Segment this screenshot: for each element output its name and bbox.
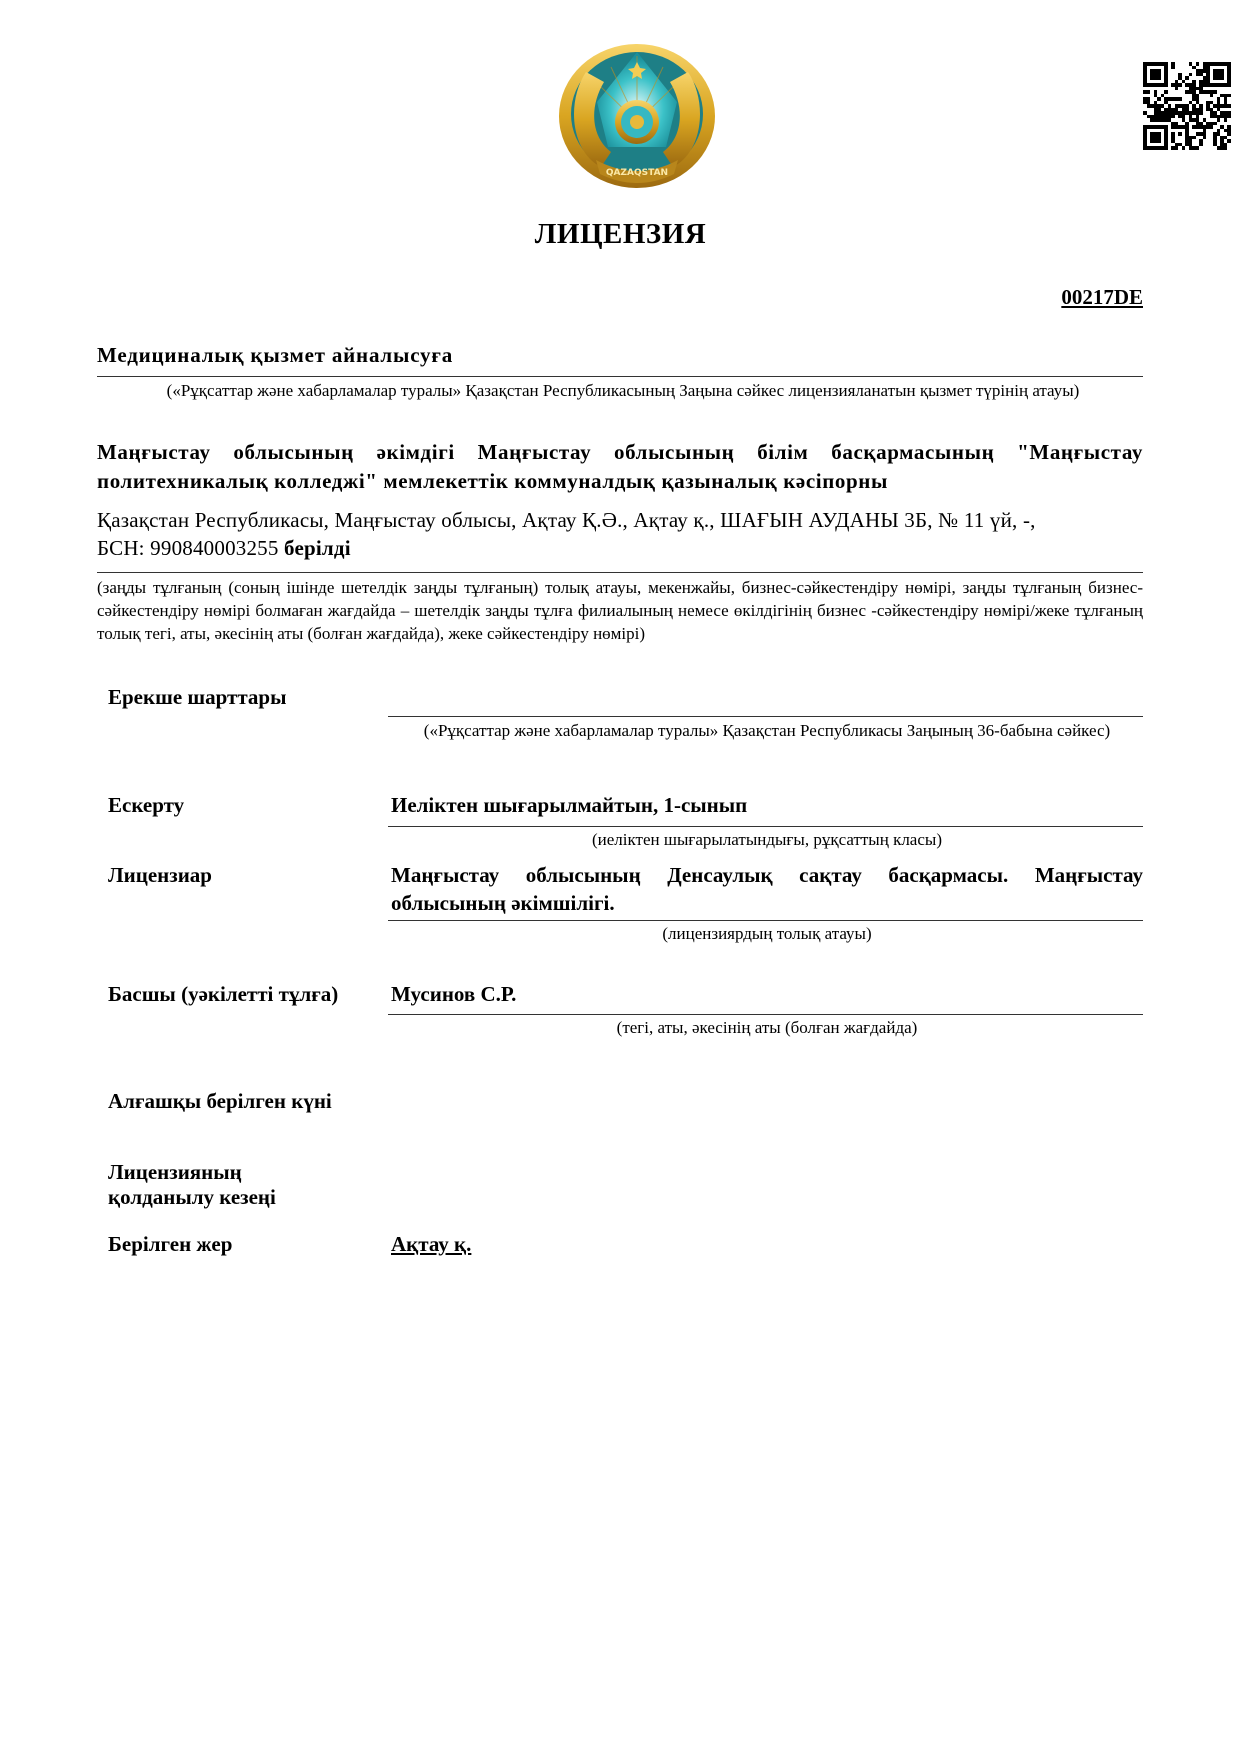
- state-emblem: QAZAQSTAN: [556, 42, 718, 190]
- licensor-value: Маңғыстау облысының Денсаулық сақтау бас…: [391, 861, 1143, 917]
- divider: [388, 826, 1143, 827]
- divider: [97, 572, 1143, 573]
- document-title: ЛИЦЕНЗИЯ: [0, 218, 1241, 251]
- licensee-name: Маңғыстау облысының әкімдігі Маңғыстау о…: [97, 438, 1143, 496]
- kazakhstan-state-emblem-icon: QAZAQSTAN: [556, 42, 718, 190]
- divider: [97, 376, 1143, 377]
- head-value: Мусинов С.Р.: [391, 980, 1143, 1008]
- special-conditions-label: Ерекше шарттары: [108, 685, 287, 710]
- special-conditions-caption: («Рұқсаттар және хабарламалар туралы» Қа…: [391, 720, 1143, 742]
- validity-label-line1: Лицензияның: [108, 1160, 242, 1184]
- note-label: Ескерту: [108, 793, 184, 818]
- licensee-address: Қазақстан Республикасы, Маңғыстау облысы…: [97, 506, 1143, 562]
- head-label: Басшы (уәкілетті тұлға): [108, 982, 338, 1007]
- qr-code: [1143, 62, 1231, 150]
- activity-caption: («Рұқсаттар және хабарламалар туралы» Қа…: [108, 380, 1138, 401]
- license-number: 00217DE: [1061, 285, 1143, 310]
- first-issue-date-label: Алғашқы берілген күні: [108, 1089, 332, 1114]
- head-caption: (тегі, аты, әкесінің аты (болған жағдайд…: [391, 1017, 1143, 1039]
- divider: [388, 716, 1143, 717]
- licensor-caption: (лицензиярдың толық атауы): [391, 923, 1143, 945]
- divider: [388, 920, 1143, 921]
- note-caption: (иеліктен шығарылатындығы, рұқсаттың кла…: [391, 829, 1143, 851]
- divider: [388, 1014, 1143, 1015]
- place-of-issue-label: Берілген жер: [108, 1232, 232, 1257]
- qr-code-icon: [1143, 62, 1231, 150]
- validity-label-line2: қолданылу кезеңі: [108, 1185, 276, 1209]
- note-value: Иеліктен шығарылмайтын, 1-сынып: [391, 791, 1143, 819]
- licensor-label: Лицензиар: [108, 863, 212, 888]
- svg-text:QAZAQSTAN: QAZAQSTAN: [606, 168, 668, 178]
- validity-period-label: Лицензияның қолданылу кезеңі: [108, 1160, 276, 1210]
- issued-word: берілді: [284, 536, 351, 560]
- place-of-issue-value: Ақтау қ.: [391, 1230, 1143, 1258]
- licensee-caption: (заңды тұлғаның (соның ішінде шетелдік з…: [97, 576, 1143, 645]
- address-text: Қазақстан Республикасы, Маңғыстау облысы…: [97, 508, 1036, 532]
- bin-number: БСН: 990840003255: [97, 536, 279, 560]
- licensed-activity: Медициналық қызмет айналысуға: [97, 343, 1143, 368]
